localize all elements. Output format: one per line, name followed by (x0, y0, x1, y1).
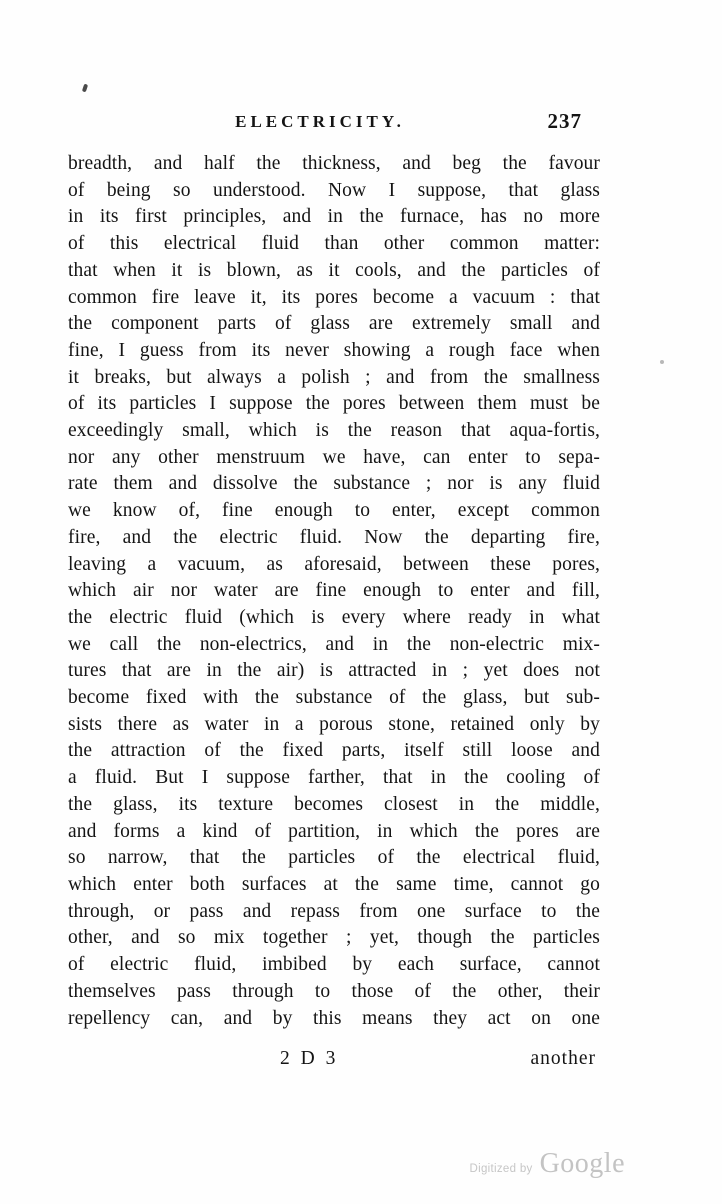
text-line: of being so understood. Now I suppose, t… (68, 178, 600, 205)
text-line: tures that are in the air) is attracted … (68, 658, 600, 685)
text-line: leaving a vacuum, as aforesaid, between … (68, 552, 600, 579)
text-line: become fixed with the substance of the g… (68, 685, 600, 712)
text-line: common fire leave it, its pores become a… (68, 285, 600, 312)
page-footer: 2 D 3 another (68, 1048, 600, 1075)
text-line: so narrow, that the particles of the ele… (68, 845, 600, 872)
text-line: fire, and the electric fluid. Now the de… (68, 525, 600, 552)
text-line: of electric fluid, imbibed by each surfa… (68, 952, 600, 979)
text-line: in its first principles, and in the furn… (68, 204, 600, 231)
text-line: exceedingly small, which is the reason t… (68, 418, 600, 445)
text-line: breadth, and half the thickness, and beg… (68, 151, 600, 178)
google-watermark: Digitized by Google (470, 1148, 625, 1180)
text-line: repellency can, and by this means they a… (68, 1006, 600, 1033)
text-line: that when it is blown, as it cools, and … (68, 258, 600, 285)
text-line: through, or pass and repass from one sur… (68, 899, 600, 926)
body-text-block: breadth, and half the thickness, and beg… (68, 151, 600, 1032)
text-line: nor any other menstruum we have, can ent… (68, 445, 600, 472)
running-title: ELECTRICITY. (68, 112, 572, 132)
text-line: other, and so mix together ; yet, though… (68, 925, 600, 952)
text-line: of its particles I suppose the pores bet… (68, 391, 600, 418)
ink-speck (660, 360, 664, 364)
ink-speck (82, 84, 88, 93)
text-line: of this electrical fluid than other comm… (68, 231, 600, 258)
text-line: the component parts of glass are extreme… (68, 311, 600, 338)
text-line: the attraction of the fixed parts, itsel… (68, 738, 600, 765)
text-line: the glass, its texture becomes closest i… (68, 792, 600, 819)
catchword: another (531, 1048, 596, 1070)
text-line: we call the non-electrics, and in the no… (68, 632, 600, 659)
text-line: rate them and dissolve the substance ; n… (68, 471, 600, 498)
running-head: ELECTRICITY. 237 (68, 112, 600, 138)
watermark-prefix: Digitized by (470, 1163, 533, 1175)
text-line: the electric fluid (which is every where… (68, 605, 600, 632)
text-line: which air nor water are fine enough to e… (68, 578, 600, 605)
text-line: it breaks, but always a polish ; and fro… (68, 365, 600, 392)
text-line: sists there as water in a porous stone, … (68, 712, 600, 739)
text-line: and forms a kind of partition, in which … (68, 819, 600, 846)
text-line: which enter both surfaces at the same ti… (68, 872, 600, 899)
text-line: fine, I guess from its never showing a r… (68, 338, 600, 365)
text-line: themselves pass through to those of the … (68, 979, 600, 1006)
signature-mark: 2 D 3 (280, 1048, 338, 1070)
page-number: 237 (548, 109, 583, 134)
text-line: a fluid. But I suppose farther, that in … (68, 765, 600, 792)
google-logo: Google (540, 1148, 625, 1180)
scanned-book-page: ELECTRICITY. 237 breadth, and half the t… (0, 0, 722, 1204)
text-line: we know of, fine enough to enter, except… (68, 498, 600, 525)
